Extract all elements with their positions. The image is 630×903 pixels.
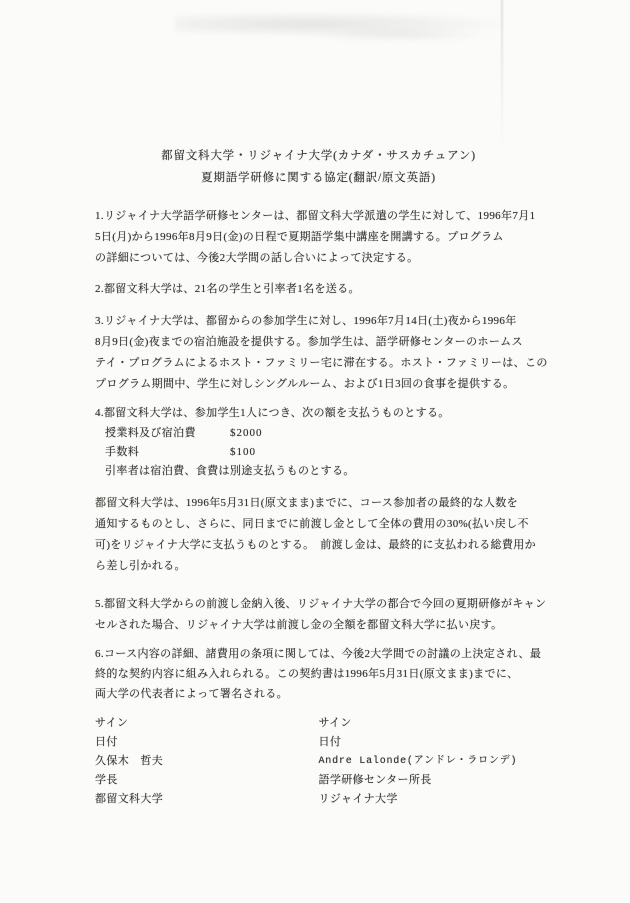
- fee-row-tuition-accommodation: 授業料及び宿泊費 $2000: [95, 424, 542, 443]
- document-header: 都留文科大学・リジャイナ大学(カナダ・サスカチュアン) 夏期語学研修に関する協定…: [95, 145, 542, 189]
- payment-terms-line: ら差し引かれる。: [95, 556, 542, 577]
- payment-terms-line: 可)をリジャイナ大学に支払うものとする。 前渡し金は、最終的に支払われる総費用か: [95, 535, 542, 556]
- clause-4-note: 引率者は宿泊費、食費は別途支払うものとする。: [95, 462, 542, 481]
- date-label: 日付: [95, 733, 319, 752]
- clause-3-line: プログラム期間中、学生に対しシングルルーム、および1日3回の食事を提供する。: [95, 374, 542, 395]
- signer-institution: リジャイナ大学: [319, 790, 543, 809]
- clause-6-line: 両大学の代表者によって署名される。: [95, 684, 542, 704]
- signer-name: Andre Lalonde(アンドレ・ラロンデ): [319, 752, 543, 771]
- signer-name: 久保木 哲夫: [95, 752, 319, 771]
- signature-label: サイン: [319, 714, 543, 733]
- clause-6-line: 6.コース内容の詳細、諸費用の条項に関しては、今後2大学間での討議の上決定され、…: [95, 644, 542, 664]
- signature-block-regina: サイン 日付 Andre Lalonde(アンドレ・ラロンデ) 語学研修センター…: [319, 714, 543, 809]
- clause-3-line: テイ・プログラムによるホスト・ファミリー宅に滞在する。ホスト・ファミリーは、この: [95, 353, 542, 374]
- signer-title: 語学研修センター所長: [319, 771, 543, 790]
- clause-4-heading: 4.都留文科大学は、参加学生1人につき、次の額を支払うものとする。: [95, 403, 542, 424]
- signer-institution: 都留文科大学: [95, 790, 319, 809]
- clause-3-line: 8月9日(金)夜までの宿泊施設を提供する。参加学生は、語学研修センターのホームス: [95, 332, 542, 353]
- clause-3-line: 3.リジャイナ大学は、都留からの参加学生に対し、1996年7月14日(土)夜から…: [95, 311, 542, 332]
- scan-artifact: [501, 0, 503, 150]
- fee-amount: $100: [230, 443, 256, 462]
- clause-5-line: 5.都留文科大学からの前渡し金納入後、リジャイナ大学の都合で今回の夏期研修がキャ…: [95, 594, 542, 615]
- clause-3: 3.リジャイナ大学は、都留からの参加学生に対し、1996年7月14日(土)夜から…: [95, 311, 542, 395]
- clause-1-line: 5日(月)から1996年8月9日(金)の日程で夏期語学集中講座を開講する。プログ…: [95, 227, 542, 248]
- clause-1-line: の詳細については、今後2大学間の話し合いによって決定する。: [95, 248, 542, 269]
- clause-6-line: 終的な契約内容に組み入れられる。この契約書は1996年5月31日(原文まま)まで…: [95, 664, 542, 684]
- clause-2: 2.都留文科大学は、21名の学生と引率者1名を送る。: [95, 279, 542, 300]
- clause-5: 5.都留文科大学からの前渡し金納入後、リジャイナ大学の都合で今回の夏期研修がキャ…: [95, 594, 542, 636]
- signature-block-tsuru: サイン 日付 久保木 哲夫 学長 都留文科大学: [95, 714, 319, 809]
- clause-4: 4.都留文科大学は、参加学生1人につき、次の額を支払うものとする。 授業料及び宿…: [95, 403, 542, 481]
- clause-1: 1.リジャイナ大学語学研修センターは、都留文科大学派遣の学生に対して、1996年…: [95, 206, 542, 269]
- signer-title: 学長: [95, 771, 319, 790]
- clause-2-line: 2.都留文科大学は、21名の学生と引率者1名を送る。: [95, 279, 542, 300]
- fee-amount: $2000: [230, 424, 263, 443]
- scanned-agreement-page: 都留文科大学・リジャイナ大学(カナダ・サスカチュアン) 夏期語学研修に関する協定…: [0, 0, 630, 903]
- payment-terms-line: 都留文科大学は、1996年5月31日(原文まま)までに、コース参加者の最終的な人…: [95, 493, 542, 514]
- signature-label: サイン: [95, 714, 319, 733]
- date-label: 日付: [319, 733, 543, 752]
- clause-6: 6.コース内容の詳細、諸費用の条項に関しては、今後2大学間での討議の上決定され、…: [95, 644, 542, 704]
- fee-label: 手数料: [105, 443, 230, 462]
- fee-label: 授業料及び宿泊費: [105, 424, 230, 443]
- payment-terms-paragraph: 都留文科大学は、1996年5月31日(原文まま)までに、コース参加者の最終的な人…: [95, 493, 542, 577]
- document-title: 都留文科大学・リジャイナ大学(カナダ・サスカチュアン): [95, 145, 542, 167]
- clause-1-line: 1.リジャイナ大学語学研修センターは、都留文科大学派遣の学生に対して、1996年…: [95, 206, 542, 227]
- scan-artifact: [300, 28, 500, 42]
- fee-row-handling: 手数料 $100: [95, 443, 542, 462]
- signature-section: サイン 日付 久保木 哲夫 学長 都留文科大学 サイン 日付 Andre Lal…: [95, 714, 542, 809]
- clause-5-line: セルされた場合、リジャイナ大学は前渡し金の全額を都留文科大学に払い戻す。: [95, 615, 542, 636]
- document-subtitle: 夏期語学研修に関する協定(翻訳/原文英語): [95, 167, 542, 189]
- payment-terms-line: 通知するものとし、さらに、同日までに前渡し金として全体の費用の30%(払い戻し不: [95, 514, 542, 535]
- scan-artifact: [175, 12, 505, 36]
